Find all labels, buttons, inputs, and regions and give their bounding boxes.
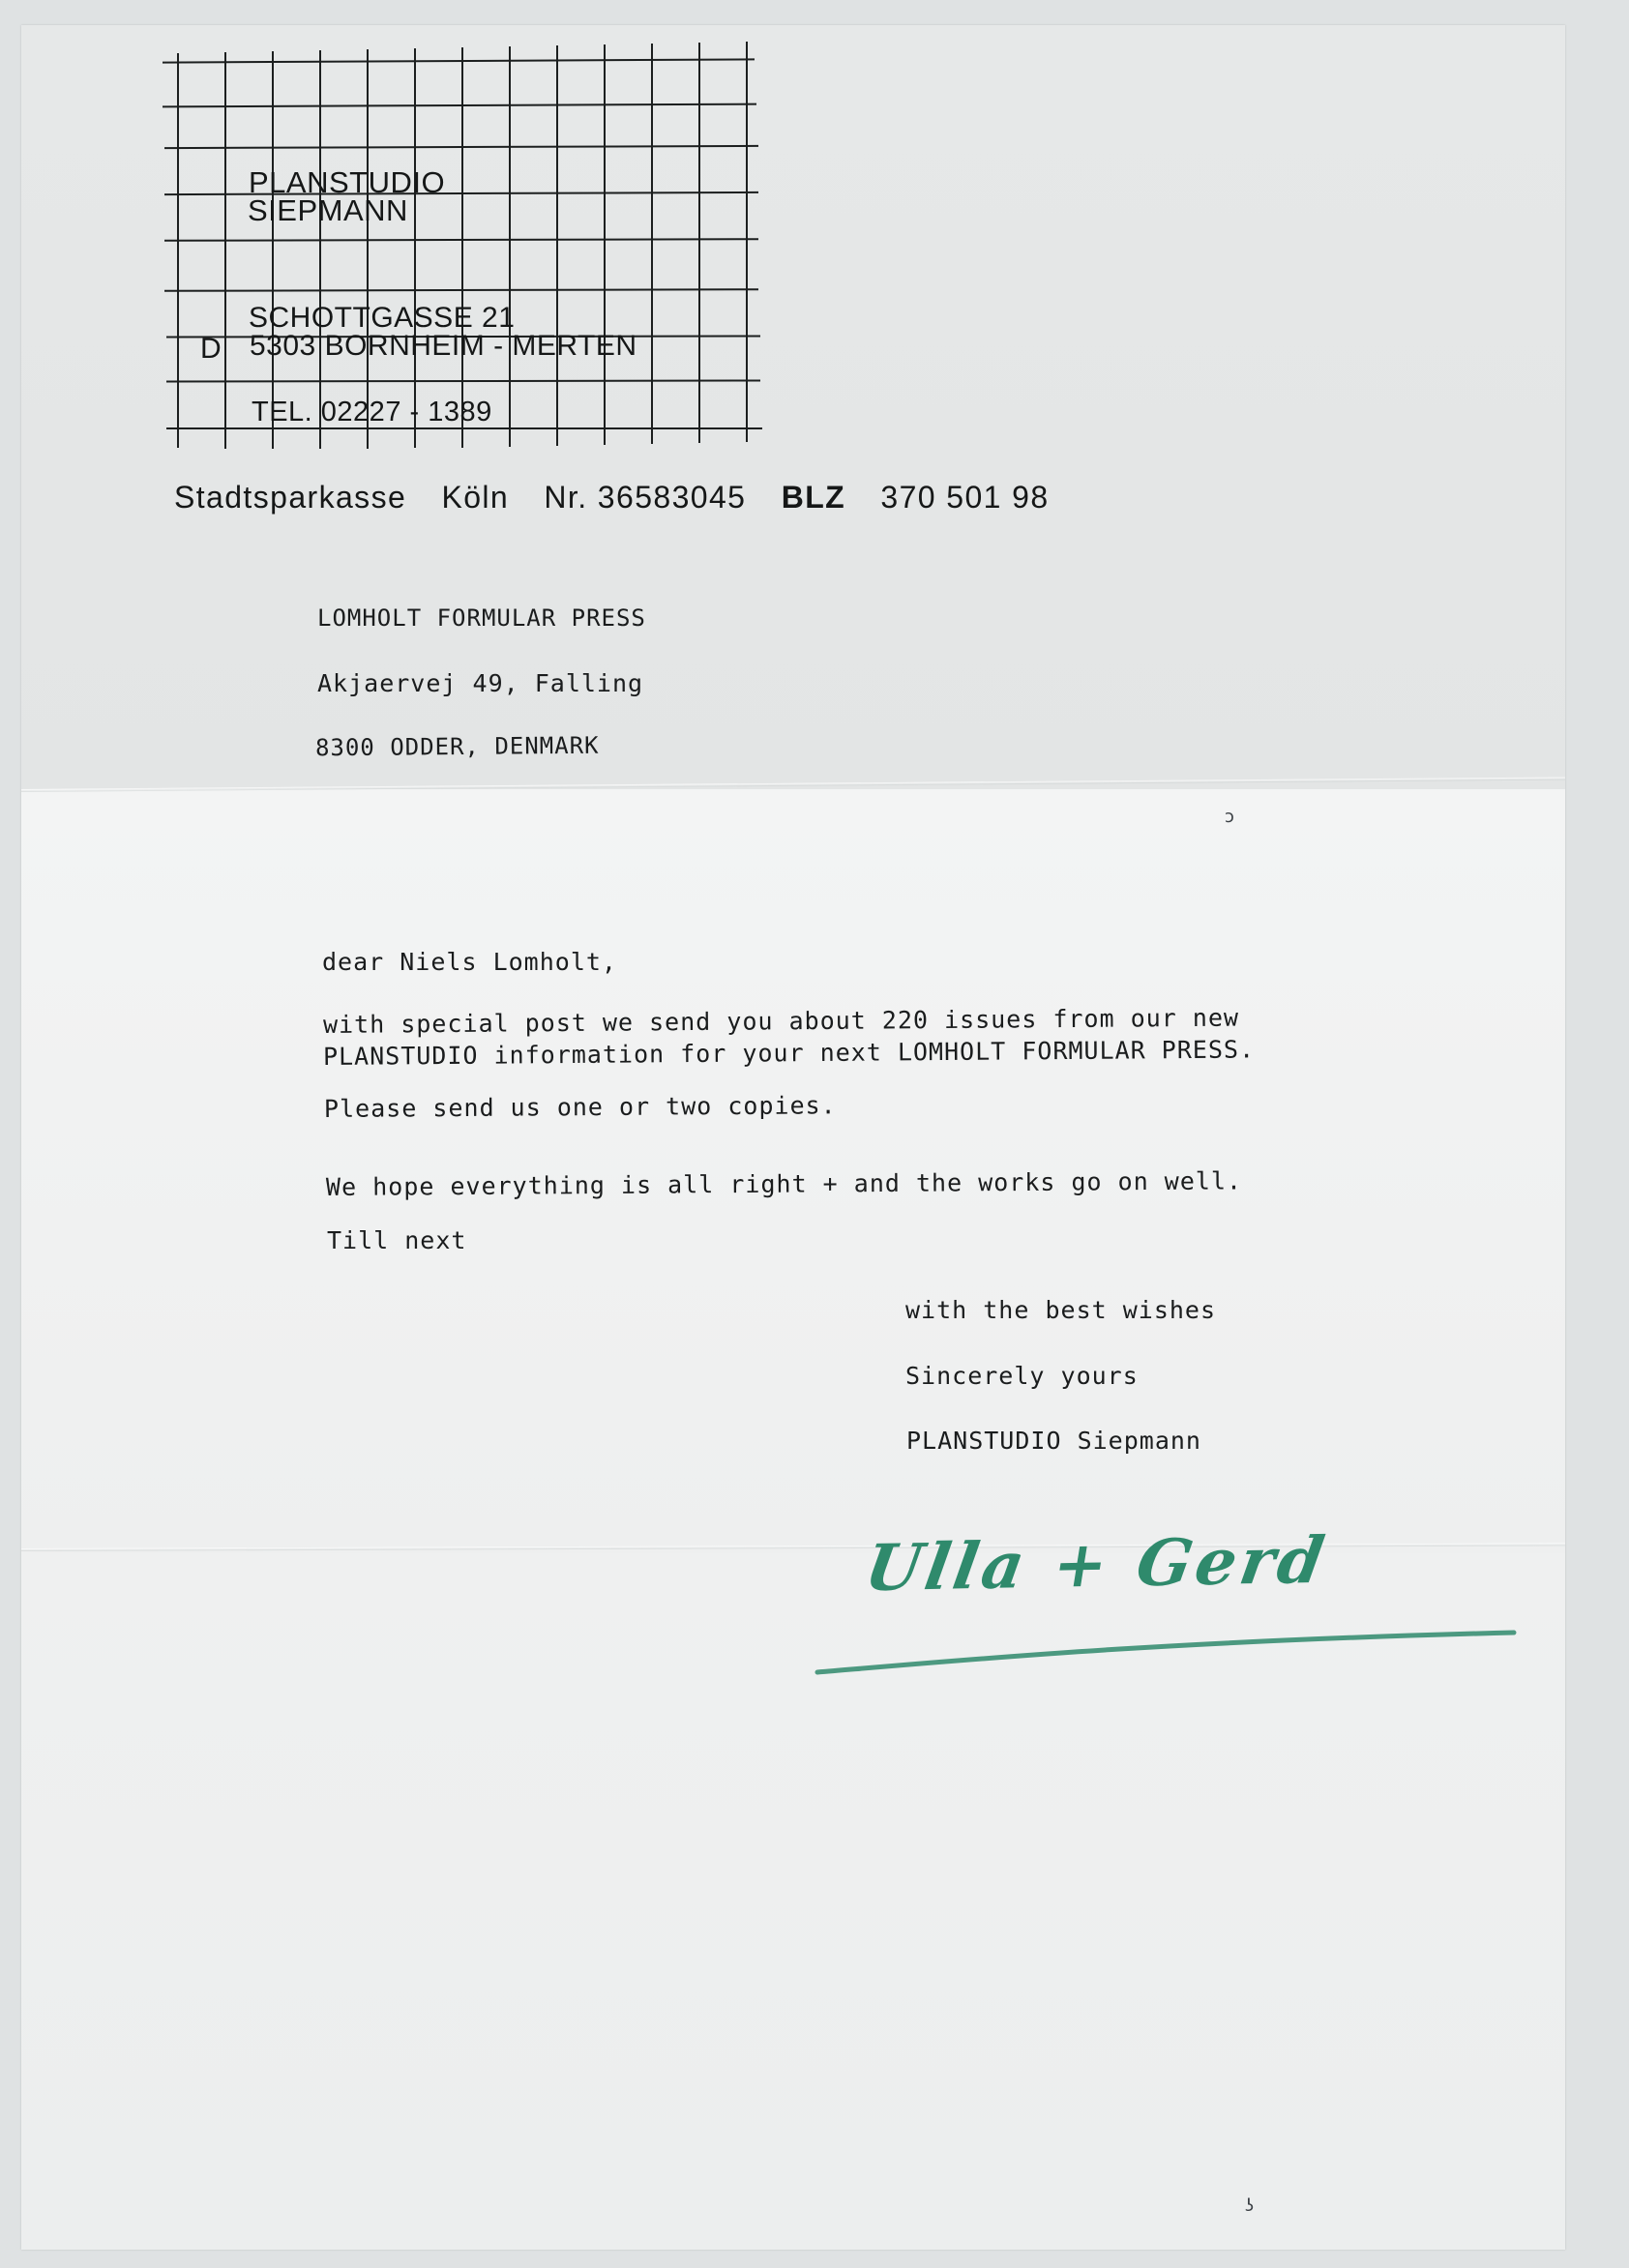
pencil-mark: ʖ [1245, 2195, 1254, 2216]
signature-underline [0, 0, 1629, 2268]
pencil-mark: ↄ [1225, 807, 1234, 827]
